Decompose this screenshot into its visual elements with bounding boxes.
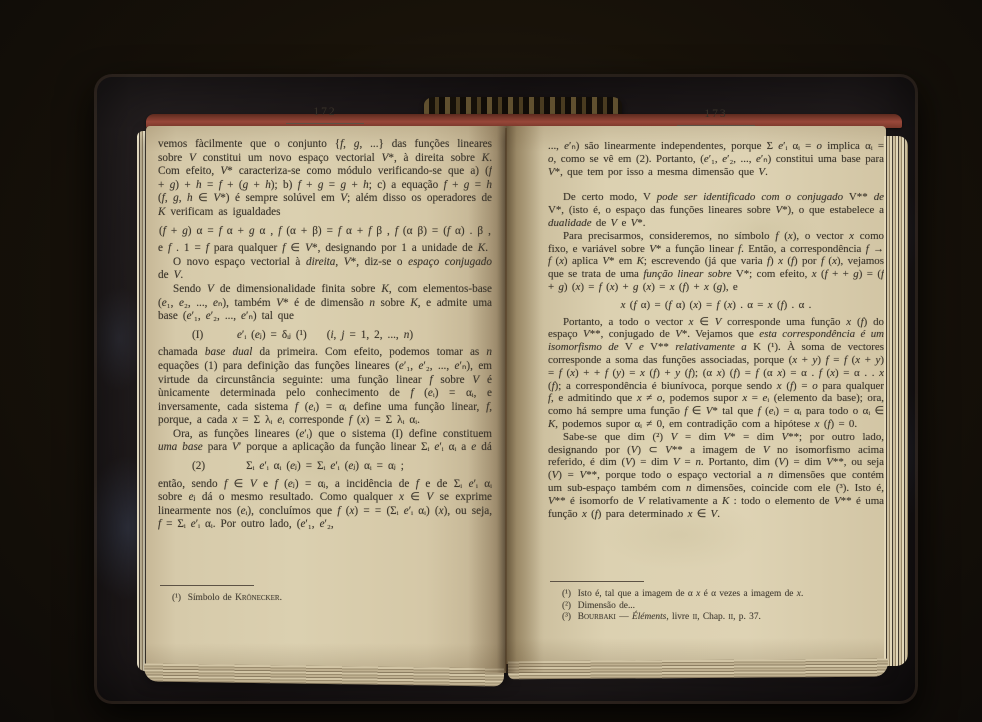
equation-content: Σᵢ e′ᵢ αᵢ (eⱼ) = Σᵢ e′ᵢ (eⱼ) αᵢ = αⱼ ; — [246, 460, 404, 472]
equation-number: (2) — [192, 460, 205, 474]
footnote-rule — [550, 581, 644, 582]
text-paragraph: vemos fàcilmente que o conjunto {f, g, .… — [158, 138, 492, 220]
footnote-list: (¹) Isto é, tal que a imagem de α x é α … — [548, 589, 884, 624]
header-rule — [286, 123, 364, 124]
display-formula: (f + g) α = f α + g α , f (α + β) = f α … — [158, 225, 492, 239]
footnote-rule — [160, 585, 254, 586]
text-paragraph: Portanto, a todo o vector x ∈ V correspo… — [548, 316, 884, 431]
display-formula: x (f α) = (f α) (x) = f (x) . α = x (f) … — [548, 299, 884, 312]
footnote: (¹) Isto é, tal que a imagem de α x é α … — [548, 589, 884, 601]
text-paragraph: chamada base dual da primeira. Com efeit… — [158, 346, 492, 428]
text-paragraph: Ora, as funções lineares (e′ᵢ) que o sis… — [158, 428, 492, 455]
equation-number: (I) — [192, 329, 203, 343]
footnote: (¹) Símbolo de Krönecker. — [158, 593, 492, 605]
footnote-list: (¹) Símbolo de Krönecker. — [158, 593, 492, 605]
text-paragraph: Para precisarmos, consideremos, no símbo… — [548, 230, 884, 294]
text-paragraph: Sabe-se que dim (²) V = dim V* = dim V**… — [548, 431, 884, 521]
text-paragraph: ..., e′ₙ) são linearmente independentes,… — [548, 140, 884, 178]
book-photograph: 172 vemos fàcilmente que o conjunto {f, … — [0, 0, 982, 722]
left-page-body: vemos fàcilmente que o conjunto {f, g, .… — [158, 138, 492, 532]
footnote: (³) Bourbaki — Éléments, livre ii, Chap.… — [548, 612, 884, 624]
left-page-footnotes: (¹) Símbolo de Krönecker. — [158, 585, 492, 605]
text-paragraph: Sendo V de dimensionalidade finita sobre… — [158, 283, 492, 324]
left-page-header: 172 — [158, 102, 492, 124]
text-paragraph: De certo modo, V pode ser identificado c… — [548, 191, 884, 229]
text-paragraph: então, sendo f ∈ V e f (eⱼ) = αⱼ, a inci… — [158, 478, 492, 532]
left-page-column: 172 vemos fàcilmente que o conjunto {f, … — [158, 102, 492, 532]
equation-content: e′ᵢ (eⱼ) = δᵢⱼ (¹) (i, j = 1, 2, ..., n) — [237, 329, 413, 341]
right-page-body: ..., e′ₙ) são linearmente independentes,… — [548, 140, 884, 520]
display-formula: (2)Σᵢ e′ᵢ αᵢ (eⱼ) = Σᵢ e′ᵢ (eⱼ) αᵢ = αⱼ … — [158, 460, 492, 474]
footnote: (²) Dimensão de... — [548, 601, 884, 613]
right-page-header: 173 — [548, 104, 884, 126]
right-bottom-page-stack — [508, 659, 888, 680]
text-paragraph: O novo espaço vectorial à direita, V*, d… — [158, 256, 492, 283]
right-fore-edge-pages — [884, 136, 908, 666]
page-number: 173 — [704, 108, 727, 120]
gutter-crease — [505, 128, 507, 671]
right-page-column: 173 ..., e′ₙ) são linearmente independen… — [548, 104, 884, 520]
page-number: 172 — [313, 106, 336, 118]
right-page-footnotes: (¹) Isto é, tal que a imagem de α x é α … — [548, 581, 884, 624]
header-rule — [677, 125, 755, 126]
text-paragraph: e f . 1 = f para qualquer f ∈ V*, design… — [158, 242, 492, 256]
display-formula: (I)e′ᵢ (eⱼ) = δᵢⱼ (¹) (i, j = 1, 2, ...,… — [158, 329, 492, 343]
